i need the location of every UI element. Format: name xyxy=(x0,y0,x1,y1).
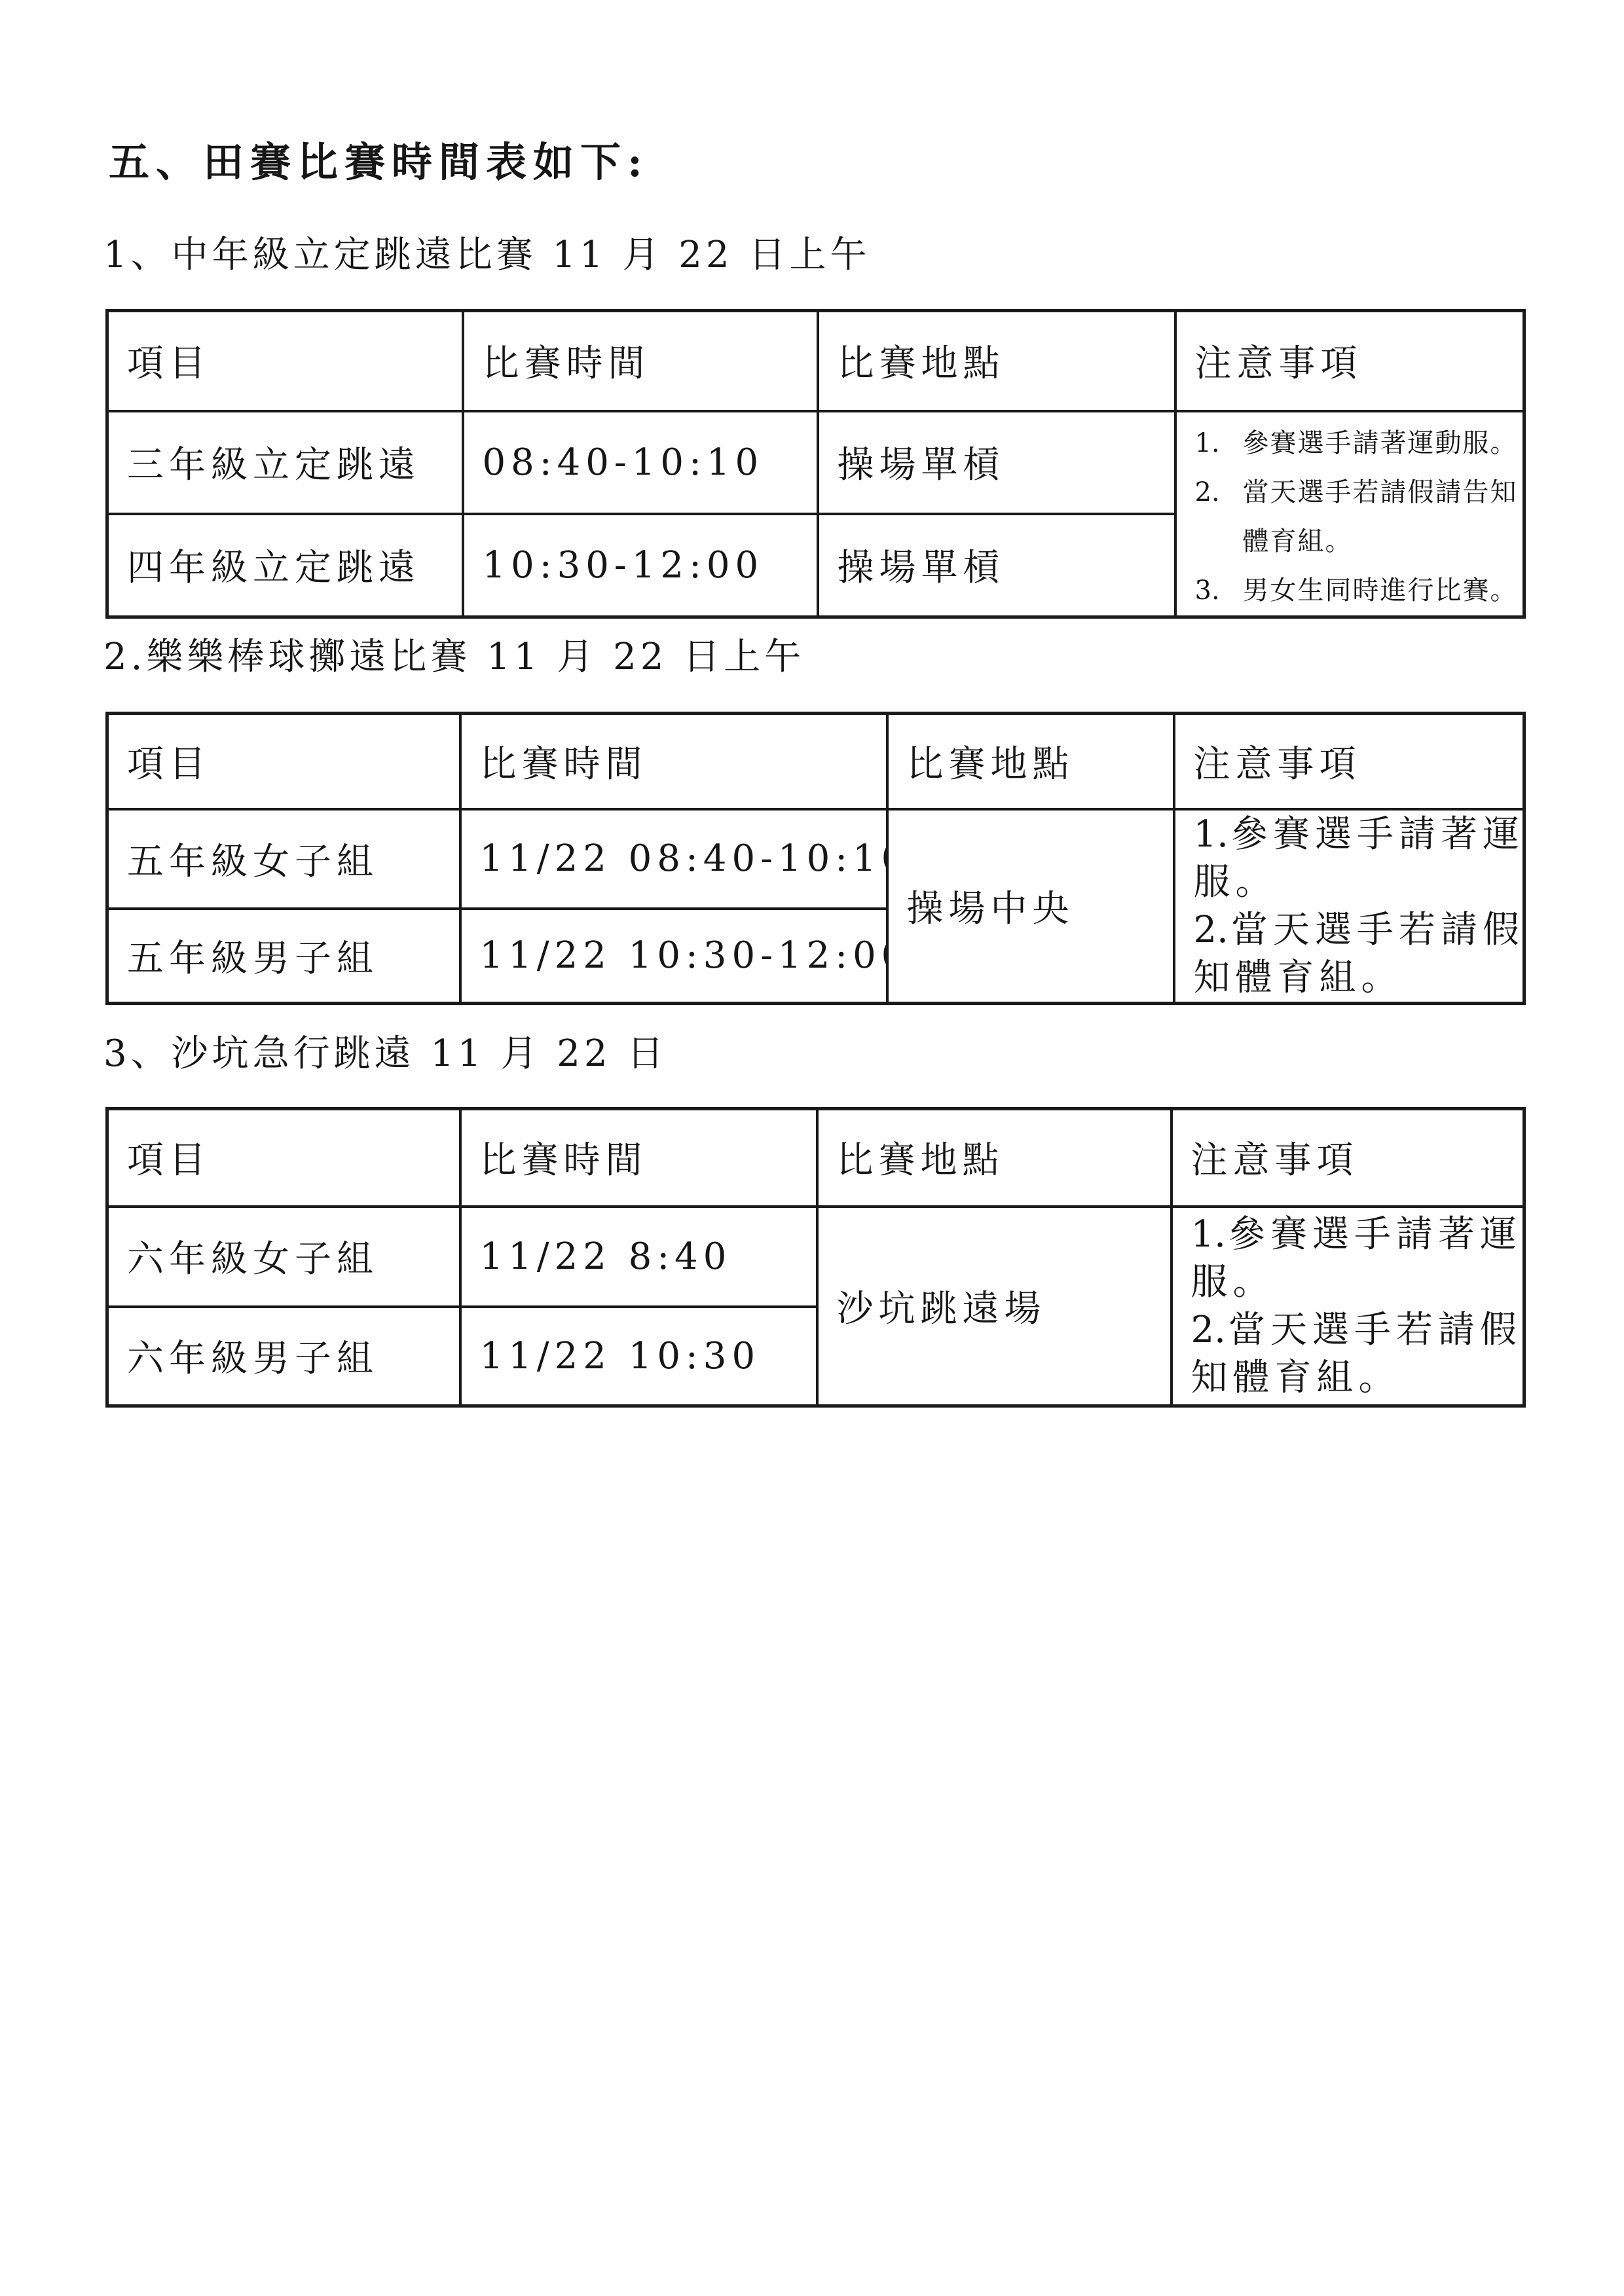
note-line: 男女生同時進行比賽。 xyxy=(1243,575,1518,606)
header-cell-notes: 注意事項 xyxy=(1174,714,1524,809)
section-1-heading: 1、中年級立定跳遠比賽 11 月 22 日上午 xyxy=(103,234,870,276)
note-line: 服。 xyxy=(1194,858,1511,906)
header-cell-item: 項目 xyxy=(107,1109,460,1207)
note-line: 當天選手若請假請告知 xyxy=(1243,477,1518,507)
notes-cell: 1.參賽選手請著運動 服。 2.當天選手若請假請告 知體育組。 xyxy=(1174,809,1524,1004)
location-cell: 操場中央 xyxy=(887,809,1174,1004)
note-item: 1.參賽選手請著運動 服。 xyxy=(1194,811,1511,906)
header-cell-location: 比賽地點 xyxy=(887,714,1174,809)
table-row: 三年級立定跳遠 08:40-10:10 操場單槓 1.參賽選手請著運動服。 2.… xyxy=(107,411,1524,515)
table-standing-long-jump: 項目 比賽時間 比賽地點 注意事項 三年級立定跳遠 08:40-10:10 操場… xyxy=(105,309,1526,619)
note-number: 3. xyxy=(1195,566,1243,615)
table-row: 五年級女子組 11/22 08:40-10:10 操場中央 1.參賽選手請著運動… xyxy=(107,809,1524,909)
note-line: 當天選手若請假請告 xyxy=(1231,909,1524,951)
time-cell: 11/22 10:30 xyxy=(460,1307,817,1406)
note-item: 2.當天選手若請假請告 知體育組。 xyxy=(1191,1306,1511,1402)
time-cell: 11/22 08:40-10:10 xyxy=(460,809,887,909)
table-row: 六年級女子組 11/22 8:40 沙坑跳遠場 1.參賽選手請著運動 服。 2.… xyxy=(107,1207,1524,1307)
header-cell-item: 項目 xyxy=(107,311,463,411)
header-cell-time: 比賽時間 xyxy=(460,1109,817,1207)
note-line: 體育組。 xyxy=(1195,517,1511,566)
table-tee-ball-throw: 項目 比賽時間 比賽地點 注意事項 五年級女子組 11/22 08:40-10:… xyxy=(105,712,1526,1005)
time-cell: 11/22 10:30-12:00 xyxy=(460,909,887,1004)
table-header-row: 項目 比賽時間 比賽地點 注意事項 xyxy=(107,714,1524,809)
header-cell-time: 比賽時間 xyxy=(463,311,818,411)
header-cell-notes: 注意事項 xyxy=(1175,311,1524,411)
note-line: 服。 xyxy=(1191,1258,1511,1306)
item-cell: 五年級男子組 xyxy=(107,909,460,1004)
section-3-heading: 3、沙坑急行跳遠 11 月 22 日 xyxy=(103,1033,667,1075)
notes-cell: 1.參賽選手請著運動服。 2.當天選手若請假請告知 體育組。 3.男女生同時進行… xyxy=(1175,411,1524,617)
location-cell: 操場單槓 xyxy=(818,411,1175,515)
note-number: 2. xyxy=(1195,468,1243,517)
note-number: 2. xyxy=(1194,909,1228,951)
note-line: 知體育組。 xyxy=(1191,1354,1511,1402)
item-cell: 五年級女子組 xyxy=(107,809,460,909)
note-item: 2.當天選手若請假請告知 體育組。 xyxy=(1195,468,1511,566)
item-cell: 三年級立定跳遠 xyxy=(107,411,463,515)
location-cell: 操場單槓 xyxy=(818,514,1175,617)
notes-cell: 1.參賽選手請著運動 服。 2.當天選手若請假請告 知體育組。 xyxy=(1172,1207,1524,1406)
header-cell-item: 項目 xyxy=(107,714,460,809)
table-header-row: 項目 比賽時間 比賽地點 注意事項 xyxy=(107,1109,1524,1207)
item-cell: 六年級男子組 xyxy=(107,1307,460,1406)
table-header-row: 項目 比賽時間 比賽地點 注意事項 xyxy=(107,311,1524,411)
time-cell: 10:30-12:00 xyxy=(463,514,818,617)
note-line: 參賽選手請著運動服。 xyxy=(1243,428,1518,458)
item-cell: 四年級立定跳遠 xyxy=(107,514,463,617)
note-number: 1. xyxy=(1194,813,1228,856)
header-cell-location: 比賽地點 xyxy=(817,1109,1172,1207)
note-line: 參賽選手請著運動 xyxy=(1231,813,1524,856)
location-cell: 沙坑跳遠場 xyxy=(817,1207,1172,1406)
note-item: 1.參賽選手請著運動服。 xyxy=(1195,419,1511,468)
note-line: 參賽選手請著運動 xyxy=(1228,1213,1524,1256)
time-cell: 08:40-10:10 xyxy=(463,411,818,515)
header-cell-time: 比賽時間 xyxy=(460,714,887,809)
document-page: 五、田賽比賽時間表如下: 1、中年級立定跳遠比賽 11 月 22 日上午 項目 … xyxy=(0,0,1624,2296)
table-running-long-jump: 項目 比賽時間 比賽地點 注意事項 六年級女子組 11/22 8:40 沙坑跳遠… xyxy=(105,1107,1526,1408)
section-2-heading: 2.樂樂棒球擲遠比賽 11 月 22 日上午 xyxy=(103,636,805,678)
item-cell: 六年級女子組 xyxy=(107,1207,460,1307)
header-cell-notes: 注意事項 xyxy=(1172,1109,1524,1207)
note-item: 1.參賽選手請著運動 服。 xyxy=(1191,1211,1511,1306)
header-cell-location: 比賽地點 xyxy=(818,311,1175,411)
note-number: 1. xyxy=(1195,419,1243,468)
time-cell: 11/22 8:40 xyxy=(460,1207,817,1307)
note-line: 知體育組。 xyxy=(1194,954,1511,1002)
page-title: 五、田賽比賽時間表如下: xyxy=(109,139,649,185)
note-number: 2. xyxy=(1191,1309,1226,1351)
note-item: 3.男女生同時進行比賽。 xyxy=(1195,566,1511,615)
note-number: 1. xyxy=(1191,1213,1226,1256)
note-item: 2.當天選手若請假請告 知體育組。 xyxy=(1194,906,1511,1002)
note-line: 當天選手若請假請告 xyxy=(1228,1309,1524,1351)
